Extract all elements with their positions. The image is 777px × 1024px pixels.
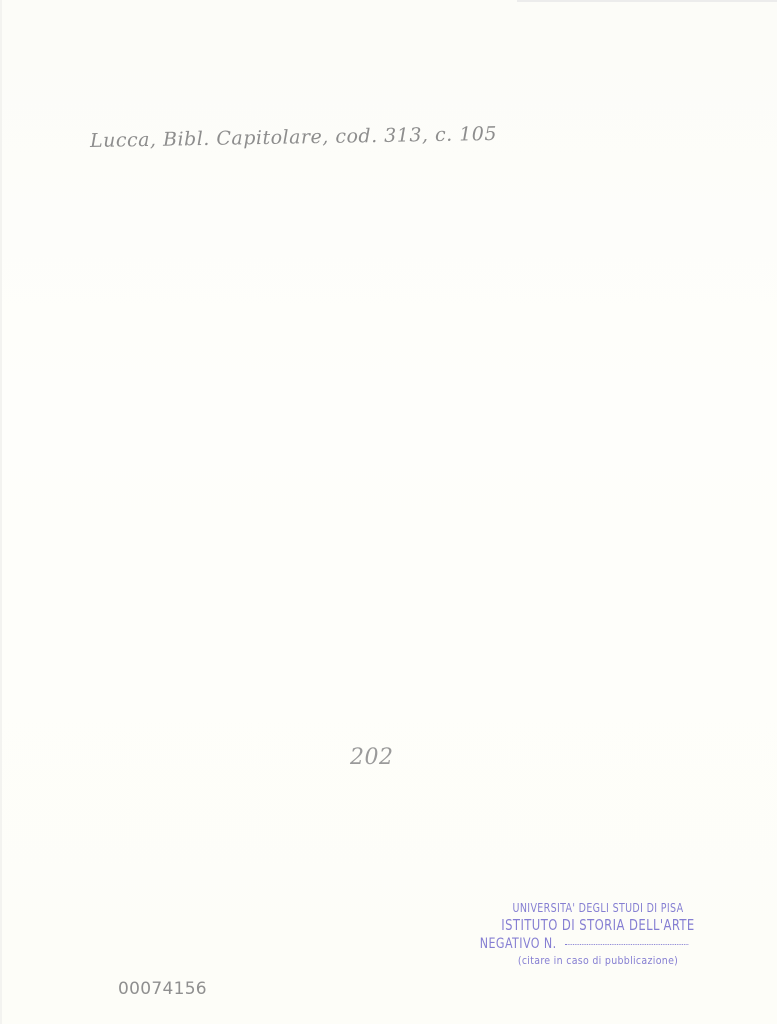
handwritten-inventory-number: 00074156 — [118, 979, 207, 999]
stamp-negative-label: NEGATIVO N. — [480, 936, 557, 952]
handwritten-folio-number: 202 — [350, 745, 394, 770]
stamp-negative-line: NEGATIVO N. — [478, 937, 689, 951]
stamp-negative-number-field — [565, 943, 688, 945]
stamp-institute-line: ISTITUTO DI STORIA DELL'ARTE — [495, 918, 701, 933]
page-left-edge — [0, 0, 2, 1024]
institute-stamp: UNIVERSITA' DEGLI STUDI DI PISA ISTITUTO… — [478, 902, 718, 967]
stamp-university-line: UNIVERSITA' DEGLI STUDI DI PISA — [492, 902, 703, 914]
photo-verso-page: Lucca, Bibl. Capitolare, cod. 313, c. 10… — [0, 0, 777, 1024]
page-top-edge — [517, 0, 777, 2]
handwritten-caption: Lucca, Bibl. Capitolare, cod. 313, c. 10… — [90, 123, 497, 152]
stamp-citation-note: (citare in caso di pubblicazione) — [478, 956, 718, 967]
